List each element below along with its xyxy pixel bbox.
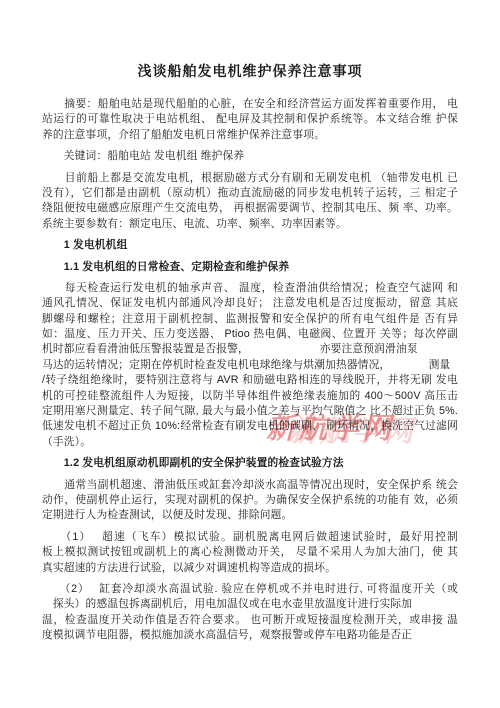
- abstract-paragraph: 摘要：船舶电站是现代船舶的心脏，在安全和经济营运方面发挥着重要作用， 电站运行的…: [42, 97, 458, 143]
- text-line: 摘要：船舶电站是现代船舶的心脏，在安全和经济营运方面发挥着重要作用， 电: [42, 97, 458, 112]
- document-body: 摘要：船舶电站是现代船舶的心脏，在安全和经济营运方面发挥着重要作用， 电站运行的…: [42, 97, 458, 644]
- text-line: 低速发电机不超过正负 10%:经常检查有刷发电机的碳刷、 刷环情况，换洗空气过滤…: [42, 419, 458, 434]
- text-line: 机的可控硅整流组件人为短接，以防半导体组件被绝缘表施加的 400～500V 高压…: [42, 389, 458, 404]
- text-line: 真实超速的方法进行试验，以减少对调速机构等造成的损坏。: [42, 561, 458, 576]
- text-line: 定期进行人为检查测试，以便及时发现、排除问题。: [42, 508, 458, 523]
- text-line: 养的注意事项，介绍了船舶发电机日常维护保养注意事项。: [42, 128, 458, 143]
- text-line: 1 发电机机组: [42, 238, 458, 253]
- text-line: 站运行的可靠性取决于电站机组、 配电屏及其控制和保护系统等。本文结合维 护保: [42, 112, 458, 127]
- text-line: 机时都应看看滑油低压警报装置是否报警， 亦要注意预润滑油泵: [42, 342, 458, 357]
- test-item-1: （1） 超速（飞车）模拟试验。副机脱离电网后做超速试验时，最好用控制板上模拟测试…: [42, 530, 458, 576]
- heading-section-1-1: 1.1 发电机组的日常检查、定期检查和维护保养: [42, 260, 458, 275]
- text-line: 目前船上都是交流发电机，根据励磁方式分有刷和无刷发电机 （轴带发电机 已: [42, 171, 458, 186]
- text-line: 马达的运转情况；定期在停机时检查发电机电球绝缘与烘潮加热器情况， 测量定: [42, 358, 458, 373]
- keywords-line: 关键词：船舶电站 发电机组 维护保养: [42, 149, 458, 164]
- section-1-1-body: 每天检查运行发电机的轴承声音、 温度，检查滑油供给情况；检查空气滤网 和通风孔情…: [42, 281, 458, 450]
- document-page: 新航学网 浅谈船舶发电机维护保养注意事项 摘要：船舶电站是现代船舶的心脏，在安全…: [0, 0, 500, 708]
- text-line: 如：温度、压力开关、压力变送器、 Ptioo 热电偶、电磁阀、位置开 关等；每次…: [42, 327, 458, 342]
- text-line: 关键词：船舶电站 发电机组 维护保养: [42, 149, 458, 164]
- text-line: （1） 超速（飞车）模拟试验。副机脱离电网后做超速试验时，最好用控制: [42, 530, 458, 545]
- test-item-2: （2） 缸套冷却淡水高温试验. 验应在停机或不并电时进行, 可将温度开关（或 探…: [42, 582, 458, 644]
- text-line: 绕阻便按电磁感应原理产生交流电势， 再根据需要调节、控制其电压、频 率、功率。: [42, 201, 458, 216]
- text-line: 1.2 发电机组原动机即副机的安全保护装置的检查试验方法: [42, 456, 458, 471]
- text-line: /转子绕组绝缘时，要特别注意将与 AVR 和励磁电路相连的导线脱开，并将无刷 发…: [42, 373, 458, 388]
- section-1-2-intro: 通常当副机超速、滑油低压或缸套冷却淡水高温等情况出现时，安全保护系 统会动作，使…: [42, 478, 458, 524]
- document-title: 浅谈船舶发电机维护保养注意事项: [42, 62, 458, 80]
- text-line: 温，检查温度开关动作值是否符合要求。 也可断开或短接温度检测开关，或串接 温: [42, 613, 458, 628]
- text-line: 定期用塞尺测量定、转子间气隙, 最大与最小值之差与平均气隙值之 比不超过正负 5…: [42, 404, 458, 419]
- text-line: 动作，使副机停止运行，实现对副机的保护。为确保安全保护系统的功能有 效，必须: [42, 493, 458, 508]
- text-line: 系统主要参数有：额定电压、电流、功率、频率、功率因素等。: [42, 217, 458, 232]
- text-line: （2） 缸套冷却淡水高温试验. 验应在停机或不并电时进行, 可将温度开关（或: [42, 582, 458, 597]
- text-line: 每天检查运行发电机的轴承声音、 温度，检查滑油供给情况；检查空气滤网 和: [42, 281, 458, 296]
- text-line: 脚螺母和螺栓；注意用于副机控制、监测报警和安全保护的所有电气组件是 否有异常，: [42, 312, 458, 327]
- text-line: 板上模拟测试按钮或副机上的离心检测微动开关， 尽量不采用人为加大油门，使 其: [42, 545, 458, 560]
- heading-section-1: 1 发电机机组: [42, 238, 458, 253]
- document-content: 浅谈船舶发电机维护保养注意事项 摘要：船舶电站是现代船舶的心脏，在安全和经济营运…: [0, 0, 500, 644]
- text-line: 度模拟调节电阻器，模拟施加淡水高温信号，观察报警或停车电路功能是否正: [42, 628, 458, 643]
- intro-paragraph: 目前船上都是交流发电机，根据励磁方式分有刷和无刷发电机 （轴带发电机 已没有），…: [42, 171, 458, 233]
- text-line: 通常当副机超速、滑油低压或缸套冷却淡水高温等情况出现时，安全保护系 统会: [42, 478, 458, 493]
- text-line: （手洗）。: [42, 435, 458, 450]
- text-line: 1.1 发电机组的日常检查、定期检查和维护保养: [42, 260, 458, 275]
- text-line: 探头）的感温包拆离副机后，用电加温仪或在电水壶里放温度计进行实际加: [42, 597, 458, 612]
- text-line: 通风孔情况、保证发电机内部通风冷却良好； 注意发电机是否过度振动，留意 其底: [42, 296, 458, 311]
- text-line: 没有），它们都是由副机（原动机）拖动直流励磁的同步发电机转子运转，三 相定子: [42, 186, 458, 201]
- heading-section-1-2: 1.2 发电机组原动机即副机的安全保护装置的检查试验方法: [42, 456, 458, 471]
